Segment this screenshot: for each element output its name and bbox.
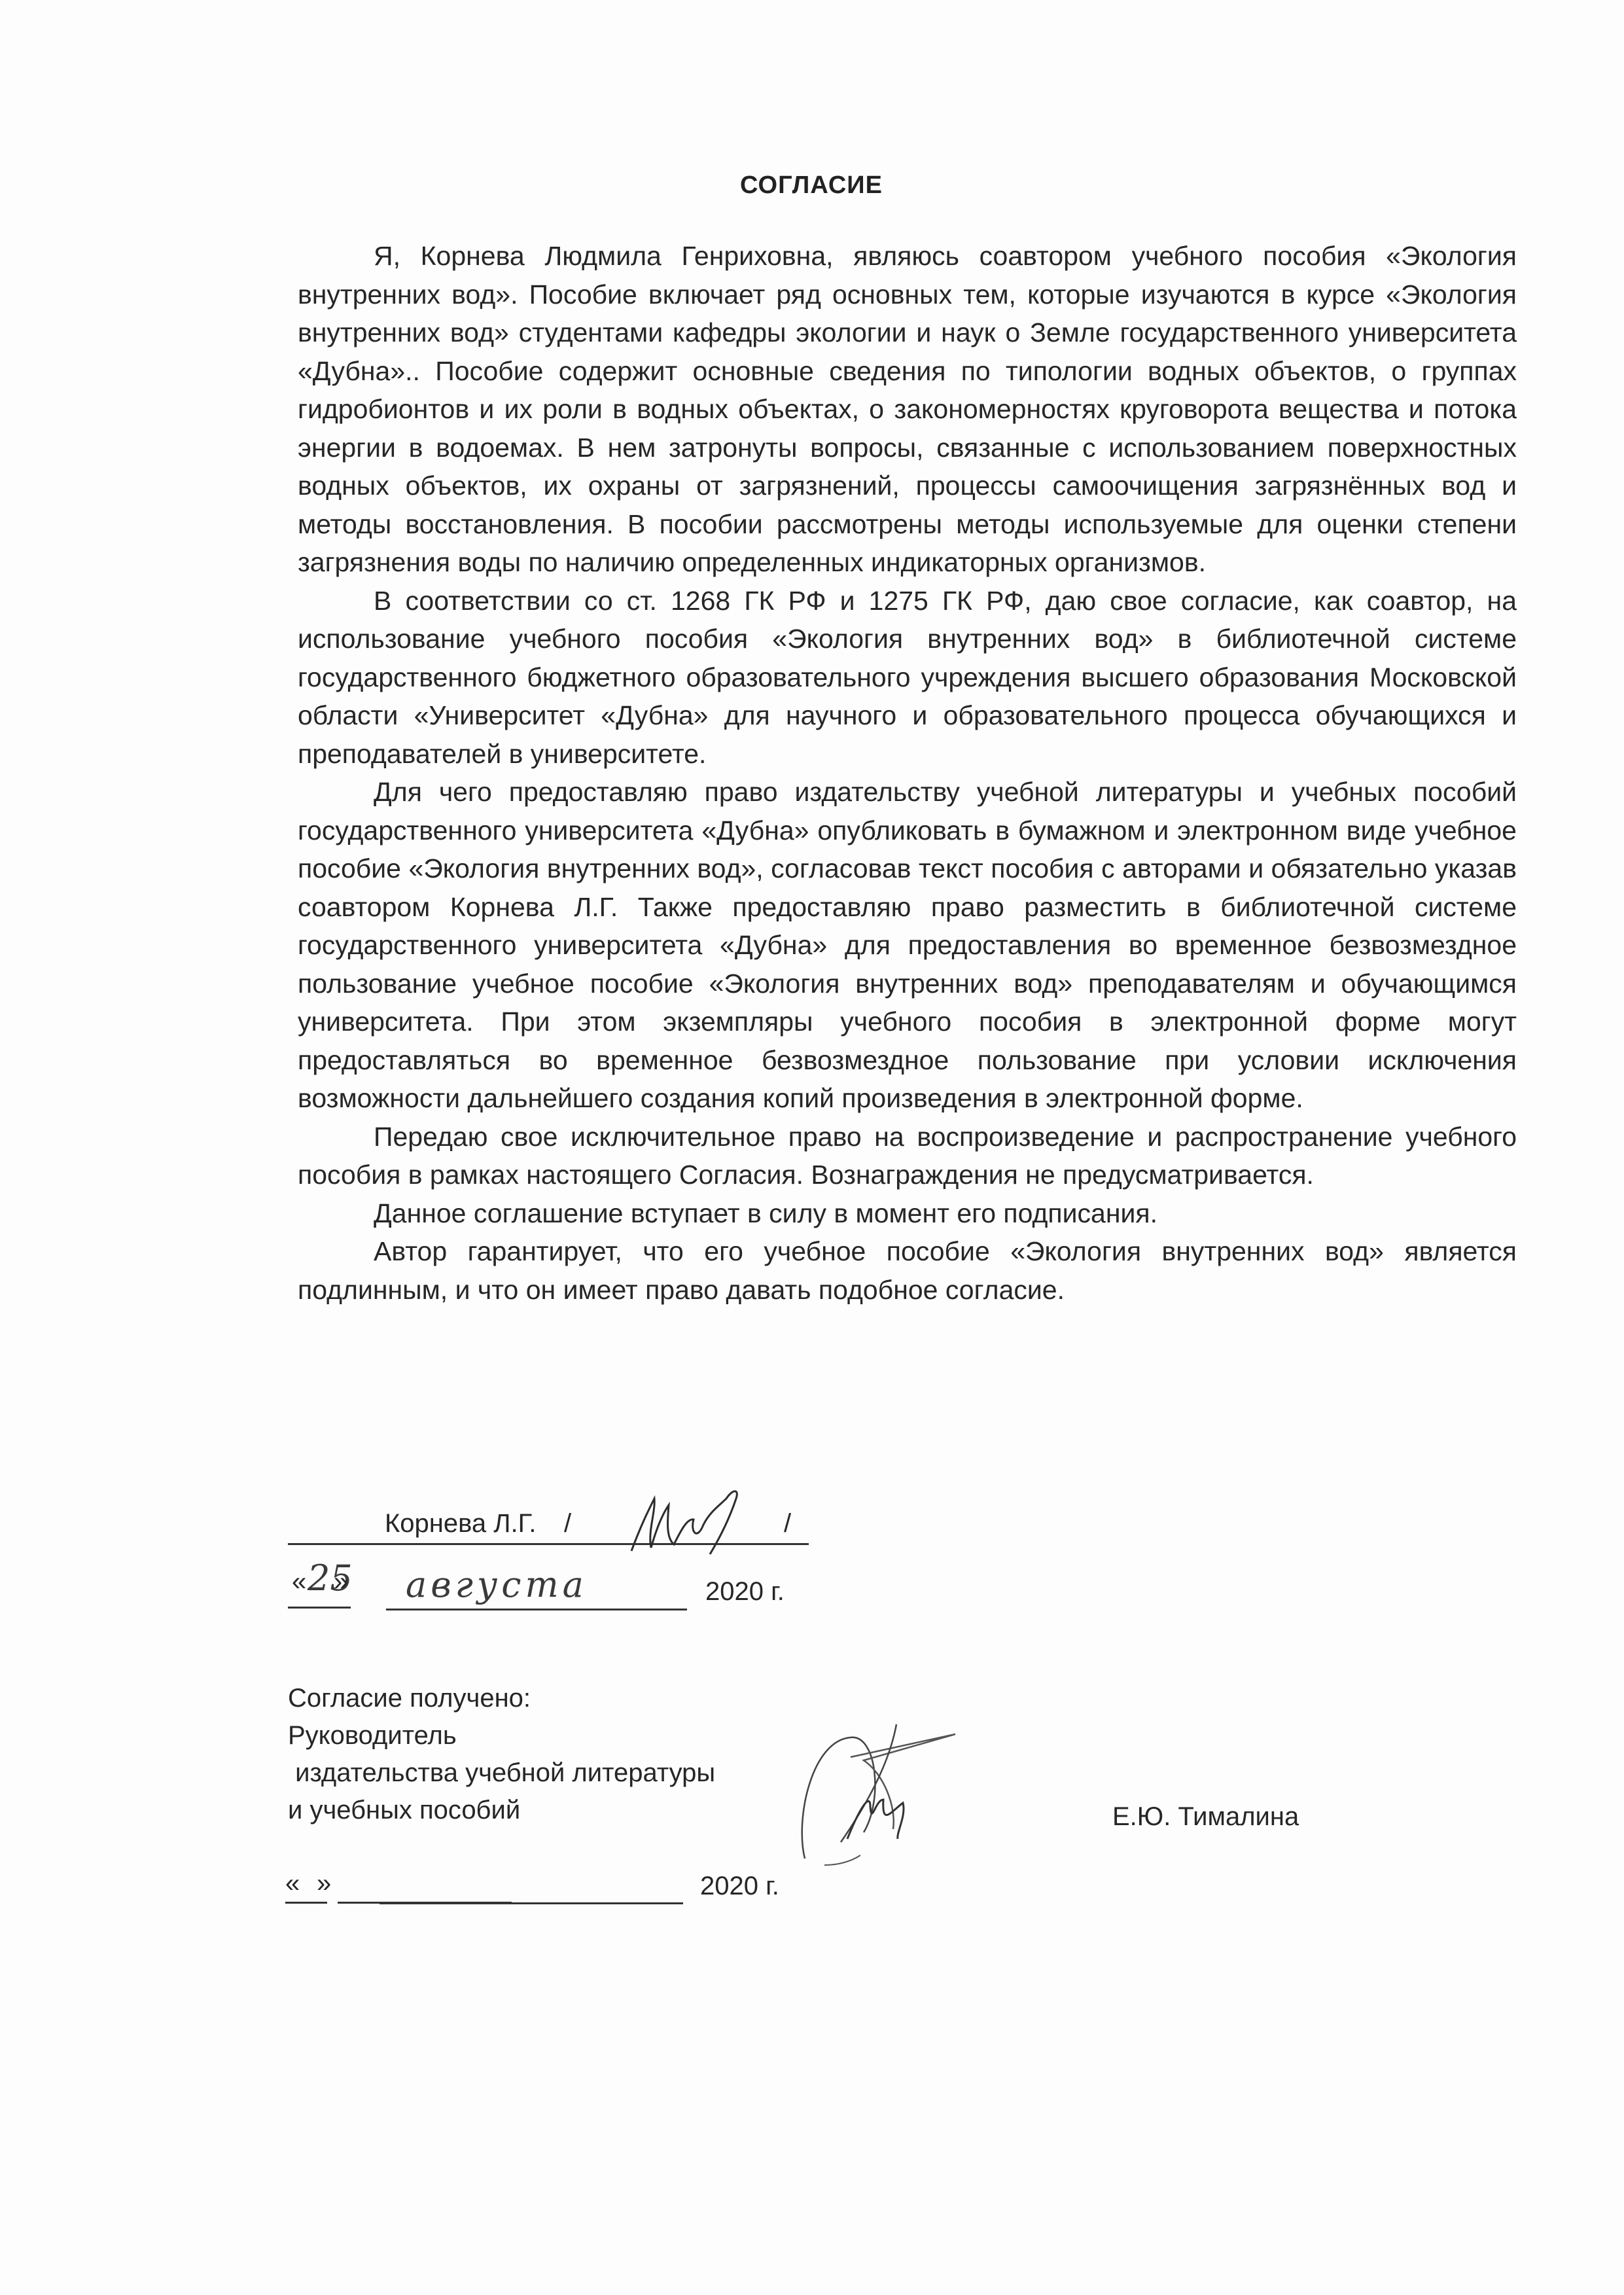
slash-right: / bbox=[784, 1509, 791, 1539]
receiver-signature-icon bbox=[798, 1701, 968, 1872]
date-year: 2020 г. bbox=[705, 1577, 785, 1607]
paragraph-rights: Для чего предоставляю право издательству… bbox=[298, 773, 1517, 1118]
receipt-position-line2: издательства учебной литературы bbox=[288, 1758, 715, 1788]
date-day-line bbox=[288, 1607, 351, 1609]
receipt-day-line bbox=[285, 1902, 327, 1904]
document-body: Я, Корнева Людмила Генриховна, являюсь с… bbox=[298, 237, 1517, 1309]
receipt-position-line3: и учебных пособий bbox=[288, 1796, 520, 1825]
document-title: СОГЛАСИЕ bbox=[0, 171, 1624, 200]
paragraph-consent: В соответствии со ст. 1268 ГК РФ и 1275 … bbox=[298, 582, 1517, 774]
paragraph-guarantee: Автор гарантирует, что его учебное пособ… bbox=[298, 1232, 1517, 1309]
slash-left: / bbox=[564, 1509, 571, 1539]
document-page: СОГЛАСИЕ Я, Корнева Людмила Генриховна, … bbox=[0, 0, 1624, 2295]
date-day-close-quote: » bbox=[334, 1567, 348, 1597]
receipt-day-open-quote: « bbox=[285, 1869, 300, 1898]
receipt-label: Согласие получено: bbox=[288, 1684, 531, 1713]
paragraph-effective: Данное соглашение вступает в силу в моме… bbox=[298, 1194, 1517, 1233]
paragraph-exclusive-right: Передаю свое исключительное право на вос… bbox=[298, 1118, 1517, 1194]
receipt-date-year: 2020 г. bbox=[700, 1872, 779, 1901]
receiver-name: Е.Ю. Тималина bbox=[1112, 1802, 1299, 1832]
paragraph-intro: Я, Корнева Людмила Генриховна, являюсь с… bbox=[298, 237, 1517, 582]
author-name: Корнева Л.Г. bbox=[385, 1509, 537, 1539]
receipt-position-line1: Руководитель bbox=[288, 1721, 457, 1751]
receipt-day-close-quote: » bbox=[317, 1869, 331, 1898]
date-day-open-quote: « bbox=[292, 1567, 306, 1597]
receipt-month-line-ext bbox=[380, 1902, 683, 1904]
date-month: августа bbox=[406, 1564, 588, 1605]
author-signature-icon bbox=[628, 1486, 779, 1557]
date-month-line bbox=[386, 1609, 687, 1610]
